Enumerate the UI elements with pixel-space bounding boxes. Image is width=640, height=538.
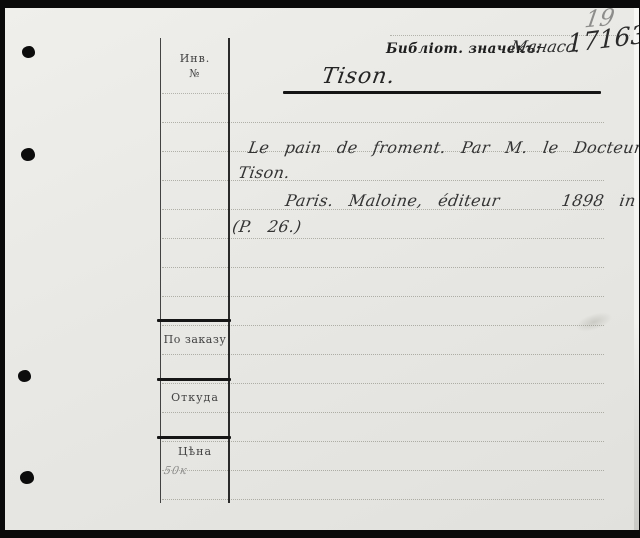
entry-line-title: Le pain de froment. Par M. le Docteur [247, 138, 640, 157]
column-left-border [160, 38, 161, 503]
ink-blot [22, 46, 35, 58]
ink-blot [21, 148, 35, 161]
section-divider [157, 319, 231, 322]
entry-line-pages: (P. 26.) [231, 217, 303, 236]
inventory-number-label-line2: № [160, 67, 230, 80]
scan-edge-top [0, 0, 640, 8]
scan-edge-left [0, 0, 5, 538]
scanned-catalog-card: Инв. № По заказу Откуда Цѣна 50к 19 Библ… [0, 0, 640, 538]
entry-line-author: Tison. [237, 163, 291, 182]
ink-blot [20, 471, 34, 484]
section-divider [157, 378, 231, 381]
entry-line-imprint: Paris. Maloine, éditeur 1898 in 8° [284, 191, 640, 210]
inventory-number-label-line1: Инв. [160, 52, 230, 65]
author-heading: Tison. [320, 64, 397, 89]
ink-blot [18, 370, 31, 382]
section-divider [157, 436, 231, 439]
title-underline [283, 91, 601, 94]
rule-line [162, 93, 228, 94]
section-label-whence: Откуда [160, 391, 230, 404]
handwritten-price-value: 50к [163, 464, 189, 477]
column-right-border [228, 38, 230, 503]
scan-edge-bottom [0, 530, 640, 538]
section-label-price: Цѣна [160, 445, 230, 458]
section-label-on-order: По заказу [160, 333, 230, 346]
